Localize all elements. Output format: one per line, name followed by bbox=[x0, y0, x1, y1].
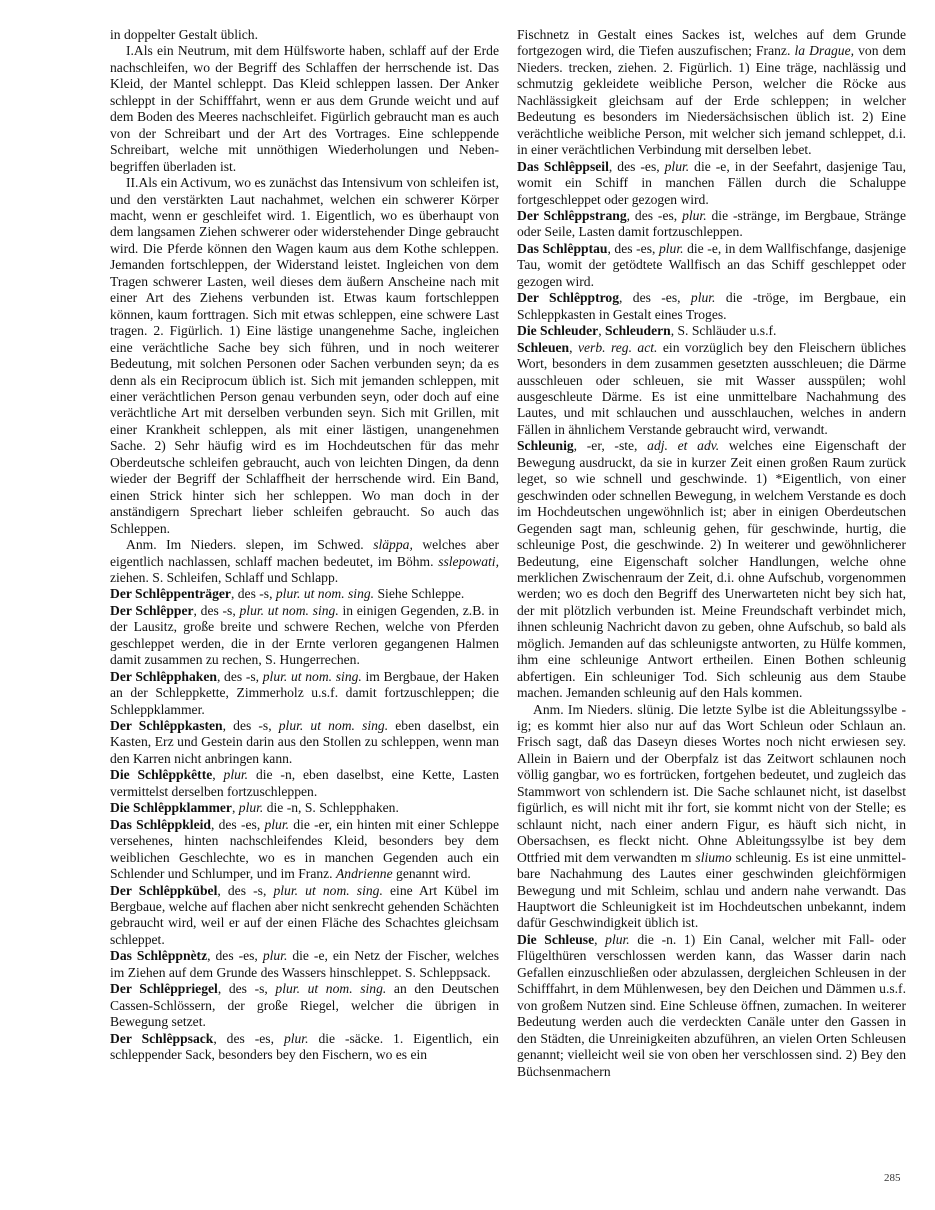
text-run: , bbox=[594, 932, 605, 947]
dictionary-entry: Die Schlêppklammer, plur. die -n, S. Sch… bbox=[110, 800, 499, 816]
text-run: die -n, S. Schlepphaken. bbox=[263, 800, 399, 815]
headword: Das Schlêppseil bbox=[517, 159, 609, 174]
text-run: , des -es, bbox=[213, 1031, 284, 1046]
page-number: 285 bbox=[884, 1172, 901, 1184]
dictionary-entry: Der Schlêpptrog, des -es, plur. die -trö… bbox=[517, 290, 906, 323]
italic-text: plur. ut nom. sing. bbox=[275, 981, 386, 996]
dictionary-entry: Der Schlêppstrang, des -es, plur. die -s… bbox=[517, 208, 906, 241]
italic-text: plur. ut nom. sing. bbox=[263, 669, 362, 684]
dictionary-entry: Die Schleuse, plur. die -n. 1) Ein Canal… bbox=[517, 932, 906, 1080]
italic-text: plur. ut nom. sing. bbox=[276, 586, 374, 601]
italic-text: plur. bbox=[691, 290, 716, 305]
paragraph: II.Als ein Activum, wo es zunächst das I… bbox=[110, 175, 499, 537]
italic-text: plur. bbox=[263, 948, 288, 963]
text-run: die -n. 1) Ein Canal, welcher mit Fall- … bbox=[517, 932, 906, 1079]
text-run: , des -es, bbox=[607, 241, 659, 256]
text-run: , bbox=[598, 323, 605, 338]
italic-text: plur. bbox=[665, 159, 690, 174]
italic-text: plur. bbox=[682, 208, 707, 223]
italic-text: plur. bbox=[264, 817, 289, 832]
headword: Die Schlêppkêtte bbox=[110, 767, 212, 782]
dictionary-entry: Der Schlêppkübel, des -s, plur. ut nom. … bbox=[110, 883, 499, 949]
headword: Der Schlêpphaken bbox=[110, 669, 217, 684]
dictionary-entry: Der Schlêppenträger, des -s, plur. ut no… bbox=[110, 586, 499, 602]
text-run: , bbox=[212, 767, 223, 782]
italic-text: plur. ut nom. sing. bbox=[240, 603, 339, 618]
text-run: , S. Schläuder u.s.f. bbox=[671, 323, 777, 338]
headword: Das Schlêpptau bbox=[517, 241, 607, 256]
text-run: , des -es, bbox=[619, 290, 691, 305]
italic-text: Andrienne bbox=[336, 866, 393, 881]
italic-text: la Drague, bbox=[794, 43, 854, 58]
headword: Der Schlêppenträger bbox=[110, 586, 231, 601]
headword: Schleudern bbox=[605, 323, 671, 338]
dictionary-entry: Das Schlêpptau, des -es, plur. die -e, i… bbox=[517, 241, 906, 290]
headword: Das Schlêppkleid bbox=[110, 817, 211, 832]
headword: Der Schlêppsack bbox=[110, 1031, 213, 1046]
headword: Die Schlêppklammer bbox=[110, 800, 232, 815]
headword: Schleunig bbox=[517, 438, 574, 453]
italic-text: släppa, bbox=[373, 537, 413, 552]
dictionary-entry: Der Schlêppriegel, des -s, plur. ut nom.… bbox=[110, 981, 499, 1030]
text-run: , des -s, bbox=[217, 669, 263, 684]
text-run: Anm. Im Nieders. slünig. Die letzte Sylb… bbox=[517, 702, 906, 865]
text-run: , des -es, bbox=[609, 159, 665, 174]
text-run: , -er, -ste, bbox=[574, 438, 648, 453]
dictionary-entry: Das Schlêppseil, des -es, plur. die -e, … bbox=[517, 159, 906, 208]
italic-text: verb. reg. act. bbox=[578, 340, 657, 355]
text-run: , des -es, bbox=[627, 208, 682, 223]
headword: Der Schlêpptrog bbox=[517, 290, 619, 305]
dictionary-entry: Das Schlêppkleid, des -es, plur. die -er… bbox=[110, 817, 499, 883]
italic-text: plur. bbox=[605, 932, 630, 947]
italic-text: plur. bbox=[239, 800, 264, 815]
italic-text: sliumo bbox=[695, 850, 731, 865]
dictionary-entry: Die Schleuder, Schleudern, S. Schläuder … bbox=[517, 323, 906, 339]
headword: Die Schleuder bbox=[517, 323, 598, 338]
dictionary-entry: Schleunig, -er, -ste, adj. et adv. welch… bbox=[517, 438, 906, 701]
headword: Der Schlêppkübel bbox=[110, 883, 217, 898]
paragraph: I.Als ein Neutrum, mit dem Hülfsworte ha… bbox=[110, 43, 499, 175]
text-run: ziehen. S. Schleifen, Schlaff und Schlap… bbox=[110, 570, 338, 585]
text-run: in doppelter Gestalt üblich. bbox=[110, 27, 258, 42]
paragraph: in doppelter Gestalt üblich. bbox=[110, 27, 499, 43]
text-run: von dem Nieders. trecken, ziehen. 2. Fig… bbox=[517, 43, 906, 157]
italic-text: adj. et adv. bbox=[647, 438, 719, 453]
dictionary-entry: Der Schlêppsack, des -es, plur. die -säc… bbox=[110, 1031, 499, 1064]
text-run: , bbox=[232, 800, 239, 815]
text-run: , des -s, bbox=[217, 883, 273, 898]
dictionary-entry: Der Schlêpper, des -s, plur. ut nom. sin… bbox=[110, 603, 499, 669]
italic-text: plur. bbox=[224, 767, 249, 782]
headword: Der Schlêpper bbox=[110, 603, 194, 618]
text-run: , des -s, bbox=[223, 718, 279, 733]
italic-text: plur. bbox=[659, 241, 684, 256]
text-run: I.Als ein Neutrum, mit dem Hülfsworte ha… bbox=[110, 43, 499, 173]
italic-text: plur. bbox=[284, 1031, 309, 1046]
paragraph: Anm. Im Nieders. slünig. Die letzte Sylb… bbox=[517, 702, 906, 932]
headword: Die Schleuse bbox=[517, 932, 594, 947]
text-run: Siehe Schleppe. bbox=[374, 586, 464, 601]
text-run: , bbox=[569, 340, 578, 355]
text-run: , des -es, bbox=[211, 817, 265, 832]
paragraph: Fischnetz in Gestalt eines Sackes ist, w… bbox=[517, 27, 906, 159]
italic-text: sslepowati, bbox=[438, 554, 499, 569]
headword: Der Schlêppkasten bbox=[110, 718, 223, 733]
left-column: in doppelter Gestalt üblich.I.Als ein Ne… bbox=[110, 27, 499, 1064]
paragraph: Anm. Im Nieders. slepen, im Schwed. släp… bbox=[110, 537, 499, 586]
text-run: II.Als ein Activum, wo es zunächst das I… bbox=[110, 175, 499, 536]
italic-text: plur. ut nom. sing. bbox=[273, 883, 382, 898]
text-run: , des -s, bbox=[231, 586, 276, 601]
headword: Der Schlêppriegel bbox=[110, 981, 218, 996]
text-run: welches eine Eigenschaft der Bewegung au… bbox=[517, 438, 906, 700]
italic-text: plur. ut nom. sing. bbox=[279, 718, 388, 733]
headword: Schleuen bbox=[517, 340, 569, 355]
text-run: , des -s, bbox=[218, 981, 276, 996]
text-run: , des -s, bbox=[194, 603, 240, 618]
text-run: Anm. Im Nieders. slepen, im Schwed. bbox=[126, 537, 373, 552]
dictionary-entry: Schleuen, verb. reg. act. ein vorzüglich… bbox=[517, 340, 906, 439]
headword: Das Schlêppnètz bbox=[110, 948, 207, 963]
dictionary-entry: Die Schlêppkêtte, plur. die -n, eben das… bbox=[110, 767, 499, 800]
text-run: genannt wird. bbox=[393, 866, 471, 881]
text-run: , des -es, bbox=[207, 948, 263, 963]
dictionary-entry: Das Schlêppnètz, des -es, plur. die -e, … bbox=[110, 948, 499, 981]
headword: Der Schlêppstrang bbox=[517, 208, 627, 223]
dictionary-entry: Der Schlêpphaken, des -s, plur. ut nom. … bbox=[110, 669, 499, 718]
right-column: Fischnetz in Gestalt eines Sackes ist, w… bbox=[517, 27, 906, 1080]
dictionary-entry: Der Schlêppkasten, des -s, plur. ut nom.… bbox=[110, 718, 499, 767]
